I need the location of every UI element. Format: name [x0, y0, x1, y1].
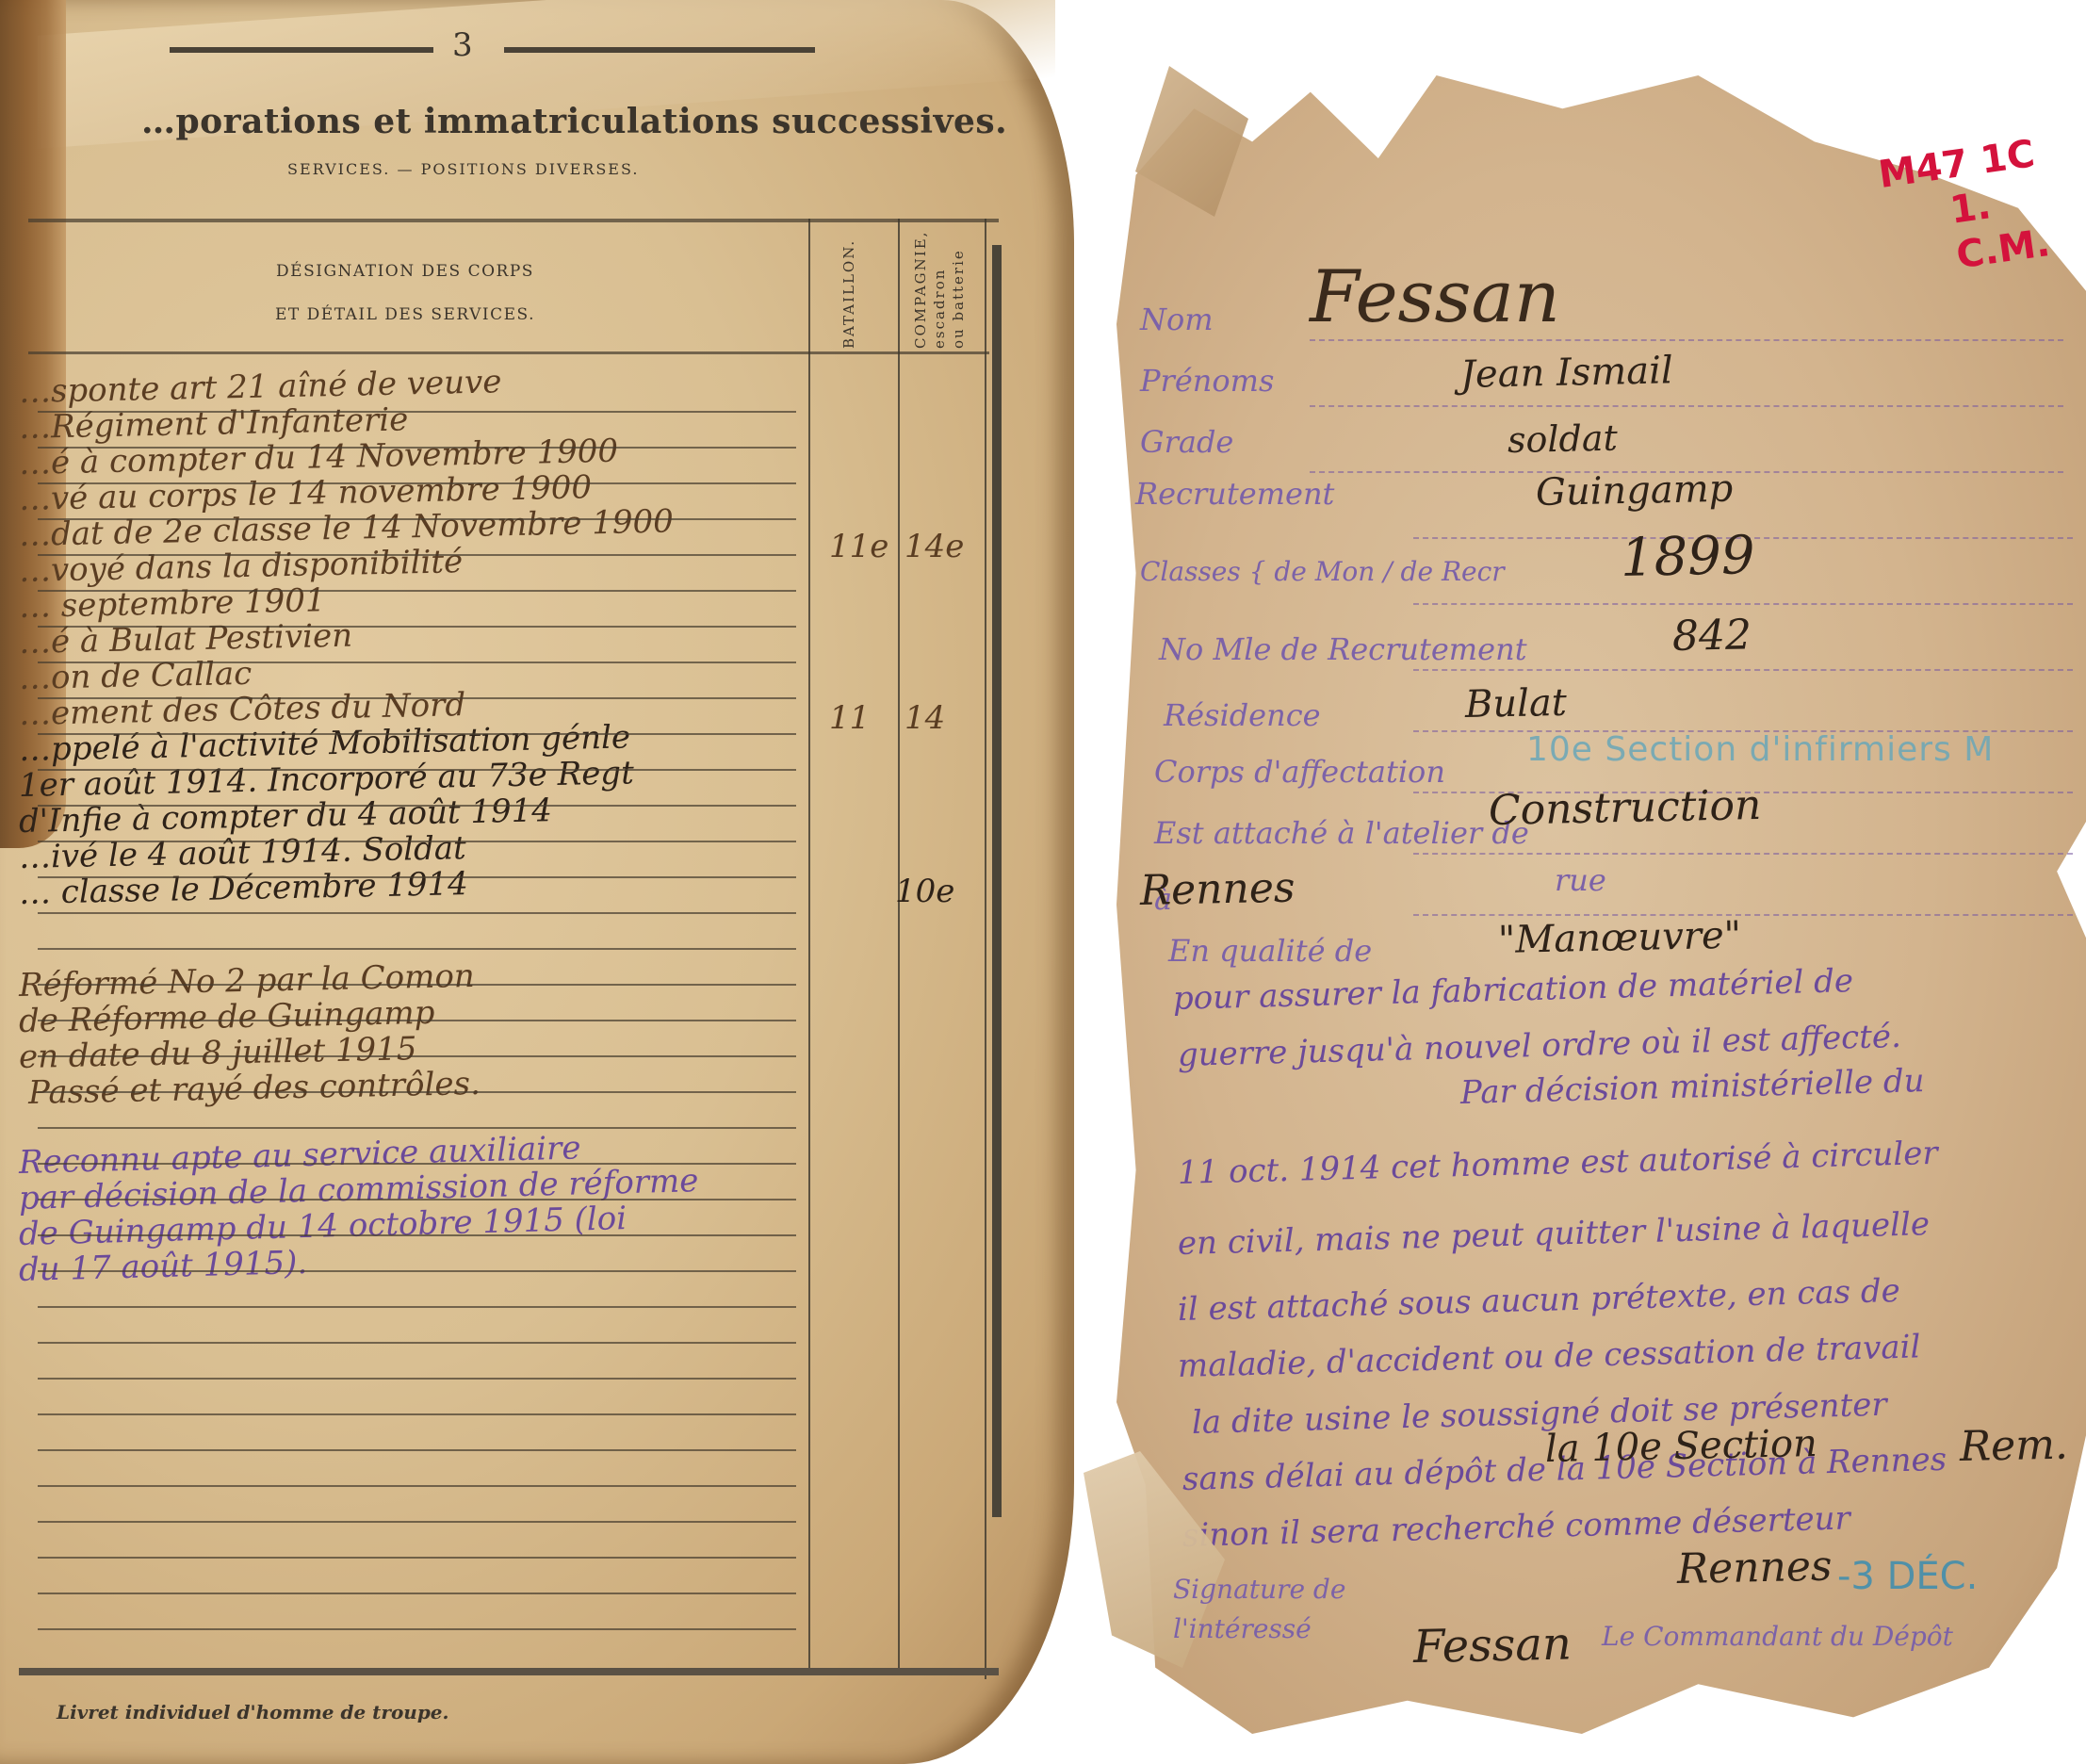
- rule: [1413, 669, 2073, 671]
- label-rue: rue: [1555, 862, 1606, 898]
- page-subtitle: SERVICES. — POSITIONS DIVERSES.: [287, 160, 639, 178]
- rule: [1413, 853, 2073, 855]
- depot-city-handwriting: Rem.: [1959, 1421, 2068, 1471]
- bataillon-value: 11: [829, 699, 870, 737]
- column-divider-bataillon: [808, 219, 810, 1670]
- compagnie-value: 14: [904, 699, 945, 737]
- rule: [38, 590, 796, 592]
- label-residence: Résidence: [1164, 697, 1321, 733]
- rule: [38, 1020, 796, 1021]
- rule: [38, 912, 796, 914]
- label-atelier: Est attaché à l'atelier de: [1154, 815, 1529, 851]
- compagnie-value: 14e: [904, 528, 964, 565]
- value-prenoms: Jean Ismail: [1460, 349, 1674, 397]
- rule: [38, 1055, 796, 1057]
- value-matricule: 842: [1671, 611, 1752, 661]
- entry-text: du 17 août 1915).: [18, 1244, 307, 1289]
- compagnie-value: 10e: [895, 873, 954, 910]
- rule: [38, 1163, 796, 1165]
- rule: [38, 518, 796, 520]
- rule: [38, 1270, 796, 1272]
- column-divider-compagnie: [898, 219, 900, 1670]
- rule: [38, 1557, 796, 1559]
- column-divider-outer: [985, 219, 986, 1679]
- rule: [38, 1234, 796, 1236]
- rule: [38, 1091, 796, 1093]
- booklet-footer: Livret individuel d'homme de troupe.: [57, 1701, 449, 1723]
- label-corps-affectation: Corps d'affectation: [1154, 754, 1445, 790]
- label-numero-matricule: No Mle de Recrutement: [1159, 631, 1527, 667]
- value-classe: 1899: [1620, 525, 1755, 589]
- rule: [38, 1378, 796, 1380]
- rule: [38, 411, 796, 413]
- commandant-label: Le Commandant du Dépôt: [1602, 1621, 1953, 1652]
- value-atelier: Construction: [1488, 781, 1761, 835]
- column-header-compagnie: COMPAGNIE,: [912, 221, 929, 349]
- rule: [38, 697, 796, 699]
- column-header-batterie: ou batterie: [950, 221, 967, 349]
- depot-section-handwriting: la 10e Section: [1545, 1422, 1818, 1471]
- outer-heavy-border: [992, 245, 1002, 1517]
- rule: [38, 1413, 796, 1415]
- value-grade: soldat: [1507, 417, 1619, 461]
- header-rule-left: [170, 47, 433, 53]
- label-classes: Classes { de Mon / de Recr: [1140, 556, 1505, 587]
- table-top-rule: [28, 219, 999, 222]
- label-prenoms: Prénoms: [1140, 363, 1274, 399]
- rule: [38, 1127, 796, 1129]
- rule: [1310, 405, 2063, 407]
- value-qualite: "Manœuvre": [1498, 914, 1742, 962]
- rule: [38, 876, 796, 878]
- place-rennes: Rennes: [1676, 1543, 1833, 1593]
- page-title: …porations et immatriculations successiv…: [141, 102, 1007, 141]
- column-header-detail: ET DÉTAIL DES SERVICES.: [188, 305, 622, 324]
- rule: [38, 769, 796, 771]
- rule: [38, 1592, 796, 1594]
- rule: [38, 1199, 796, 1200]
- rule: [38, 1449, 796, 1451]
- rule: [38, 1342, 796, 1344]
- value-residence: Bulat: [1465, 681, 1568, 727]
- label-recrutement: Recrutement: [1135, 476, 1334, 512]
- table-bottom-rule: [19, 1668, 999, 1675]
- rule: [1413, 914, 2073, 916]
- table-header-rule: [28, 351, 989, 354]
- rule: [38, 482, 796, 484]
- column-header-designation: DÉSIGNATION DES CORPS: [188, 262, 622, 281]
- rule: [38, 984, 796, 986]
- rule: [1413, 603, 2073, 605]
- value-ville: Rennes: [1139, 864, 1296, 915]
- page-number: 3: [452, 26, 473, 64]
- label-qualite: En qualité de: [1168, 933, 1372, 969]
- rule: [38, 1521, 796, 1523]
- rule: [38, 733, 796, 735]
- label-nom: Nom: [1140, 302, 1214, 337]
- rule: [38, 554, 796, 556]
- rule: [38, 841, 796, 842]
- blue-section-stamp: 10e Section d'infirmiers M: [1526, 730, 1994, 769]
- entry-text: …é à Bulat Pestivien: [19, 617, 353, 661]
- red-registry-stamp: M47 1C 1. C.M.: [1876, 131, 2053, 287]
- value-nom: Fessan: [1310, 254, 1560, 338]
- holder-signature: Fessan: [1412, 1617, 1572, 1674]
- header-rule-right: [504, 47, 815, 53]
- column-header-escadron: escadron: [931, 221, 948, 349]
- rule: [38, 948, 796, 950]
- rule: [38, 661, 796, 663]
- label-grade: Grade: [1140, 424, 1233, 460]
- rule: [38, 1306, 796, 1308]
- rule: [38, 626, 796, 628]
- signature-label: Signature de: [1173, 1574, 1345, 1605]
- value-recrutement: Guingamp: [1536, 467, 1734, 514]
- blue-date-stamp: -3 DÉC.: [1837, 1555, 1978, 1598]
- bataillon-value: 11e: [829, 528, 888, 565]
- rule: [38, 1628, 796, 1630]
- rule: [38, 1485, 796, 1487]
- rule: [38, 805, 796, 807]
- rule: [1310, 339, 2063, 341]
- signature-label-2: l'intéressé: [1173, 1613, 1312, 1644]
- column-header-bataillon: BATAILLON.: [840, 231, 857, 349]
- rule: [38, 447, 796, 449]
